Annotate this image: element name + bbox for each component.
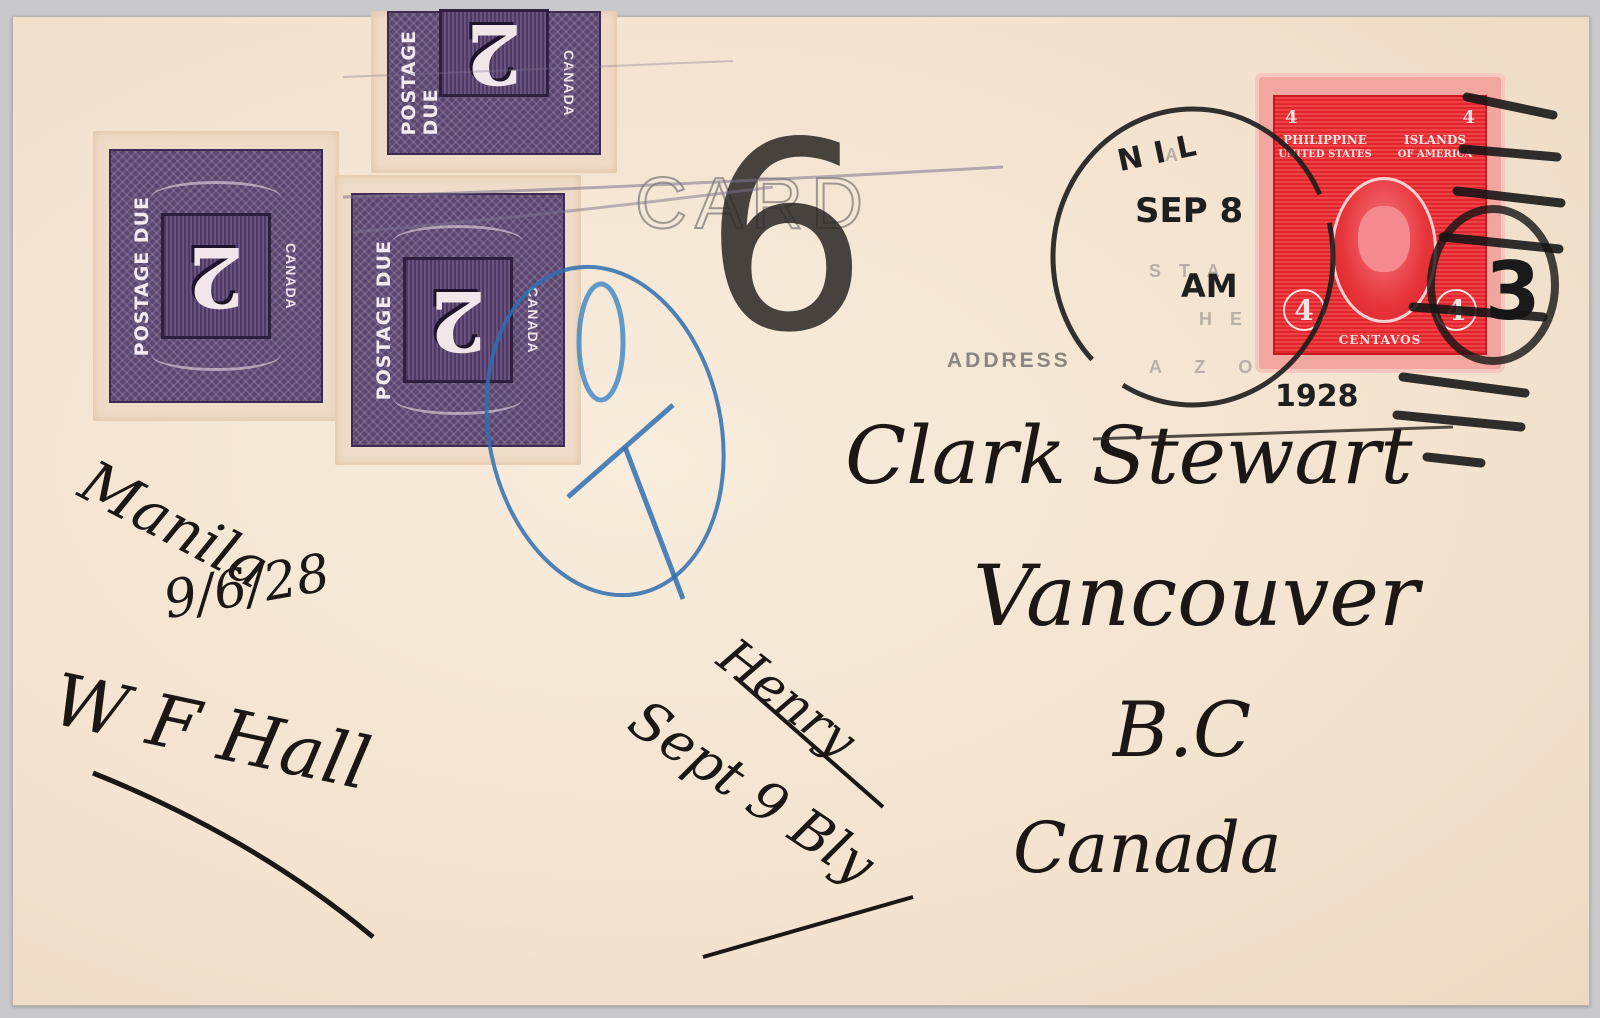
stamp-country-sub-right: OF AMERICA xyxy=(1385,149,1485,160)
stamp-type-label: POSTAGE DUE xyxy=(373,240,395,400)
stamp-country-label: CANADA xyxy=(283,243,299,310)
stamp-type-label: POSTAGE DUE xyxy=(398,30,442,136)
postage-due-stamp-left: POSTAGE DUE CANADA CENTS 2 xyxy=(93,131,339,421)
stamp-portrait xyxy=(1331,177,1437,323)
stamp-corner-value: 4 xyxy=(1285,107,1298,128)
duplex-number: 3 xyxy=(1485,245,1541,338)
stamp-denomination: 4 xyxy=(1283,289,1325,331)
stamp-country-top-left: PHILIPPINE xyxy=(1275,133,1375,147)
printed-address-label: ADDRESS xyxy=(947,349,1071,373)
postage-due-figure: 6 xyxy=(703,109,868,369)
stamp-denomination: 4 xyxy=(1435,289,1477,331)
stamp-denomination: 2 xyxy=(187,228,244,324)
stamp-denomination: 2 xyxy=(465,5,522,101)
stamp-unit-label: CENTAVOS xyxy=(1275,333,1485,347)
stamp-country-top-right: ISLANDS xyxy=(1385,133,1485,147)
ghost-text-row: A Z O xyxy=(1149,357,1266,378)
recipient-country: Canada xyxy=(1013,807,1282,889)
stamp-denomination: 2 xyxy=(429,272,486,368)
stamp-type-label: POSTAGE DUE xyxy=(131,196,153,356)
postage-due-stamp-top: POSTAGE DUE CANADA 2 xyxy=(371,11,617,173)
postmark-month-day: SEP 8 xyxy=(1135,191,1243,231)
sender-note-line3: W F Hall xyxy=(46,657,378,806)
postage-due-stamp-right: POSTAGE DUE CANADA CENTS 2 xyxy=(335,175,581,465)
stamp-country-sub-left: UNITED STATES xyxy=(1275,149,1375,160)
postcard: CARD ADDRESS A STA HE A Z O POSTAGE DUE … xyxy=(12,16,1590,1006)
postmark-time: AM xyxy=(1181,267,1238,305)
stamp-country-label: CANADA xyxy=(561,50,577,117)
stamp-country-label: CANADA xyxy=(525,287,541,354)
stamp-corner-value: 4 xyxy=(1462,107,1475,128)
recipient-name: Clark Stewart xyxy=(845,409,1413,502)
postmark-city: NIL xyxy=(1114,126,1211,179)
philippines-stamp: 4 4 PHILIPPINE ISLANDS UNITED STATES OF … xyxy=(1259,77,1501,369)
ghost-text-row: HE xyxy=(1199,309,1260,330)
recipient-province: B.C xyxy=(1113,685,1251,774)
recipient-city: Vancouver xyxy=(973,547,1419,645)
